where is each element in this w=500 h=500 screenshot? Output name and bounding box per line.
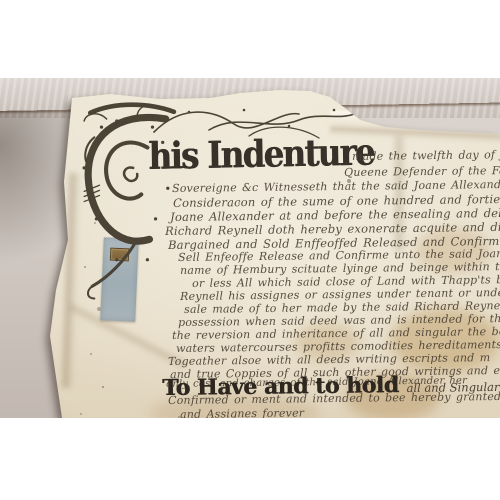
script-line: Confirmed or ment and intended to bee he… [168, 390, 500, 407]
photograph: his Indenture made the twelfth day of Ju… [0, 78, 500, 418]
parchment-document: his Indenture made the twelfth day of Ju… [0, 78, 500, 418]
script-line: made the twelfth day of July in [352, 148, 500, 163]
parchment-wrapper: his Indenture made the twelfth day of Ju… [0, 78, 500, 418]
script-line: Queene Defender of the Faith &c [344, 164, 500, 179]
script-line: and Assignes forever [180, 406, 304, 418]
document-heading: his Indenture [148, 130, 374, 178]
screenshot-canvas: his Indenture made the twelfth day of Ju… [0, 0, 500, 500]
